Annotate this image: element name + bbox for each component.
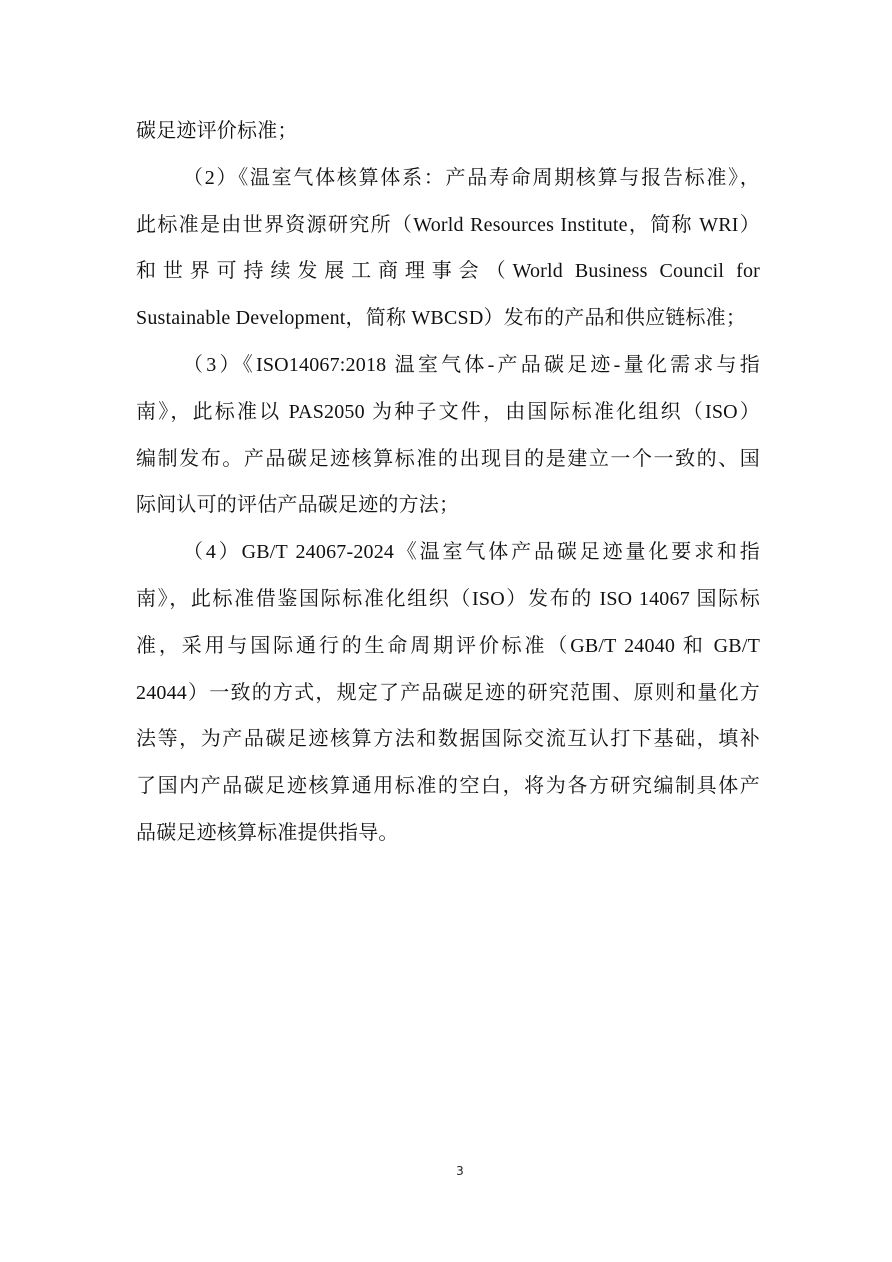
text-line-item-3-start: （3）《ISO14067:2018 温室气体-产品碳足迹-量化需求与指	[136, 348, 760, 395]
text-line-item-2-start: （2）《温室气体核算体系：产品寿命周期核算与报告标准》，	[136, 161, 760, 208]
text-line-item-4-start: （4）GB/T 24067-2024《温室气体产品碳足迹量化要求和指	[136, 535, 760, 582]
text-line: 南》，此标准以 PAS2050 为种子文件，由国际标准化组织（ISO）	[136, 395, 760, 442]
text-line: 编制发布。产品碳足迹核算标准的出现目的是建立一个一致的、国	[136, 442, 760, 489]
text-line: 和世界可持续发展工商理事会（World Business Council for	[136, 254, 760, 301]
text-line: 了国内产品碳足迹核算通用标准的空白，将为各方研究编制具体产	[136, 769, 760, 816]
text-line: 品碳足迹核算标准提供指导。	[136, 816, 760, 863]
text-line: 际间认可的评估产品碳足迹的方法；	[136, 488, 760, 535]
document-page: 碳足迹评价标准； （2）《温室气体核算体系：产品寿命周期核算与报告标准》， 此标…	[0, 0, 892, 1262]
text-line: 24044）一致的方式，规定了产品碳足迹的研究范围、原则和量化方	[136, 676, 760, 723]
text-line: 碳足迹评价标准；	[136, 114, 760, 161]
text-line: 法等，为产品碳足迹核算方法和数据国际交流互认打下基础，填补	[136, 722, 760, 769]
text-line: 准，采用与国际通行的生命周期评价标准（GB/T 24040 和 GB/T	[136, 629, 760, 676]
text-line: 此标准是由世界资源研究所（World Resources Institute，简…	[136, 208, 760, 255]
body-text: 碳足迹评价标准； （2）《温室气体核算体系：产品寿命周期核算与报告标准》， 此标…	[136, 114, 760, 863]
text-line: 南》，此标准借鉴国际标准化组织（ISO）发布的 ISO 14067 国际标	[136, 582, 760, 629]
page-number: 3	[0, 1164, 892, 1178]
text-line: Sustainable Development，简称 WBCSD）发布的产品和供…	[136, 301, 760, 348]
